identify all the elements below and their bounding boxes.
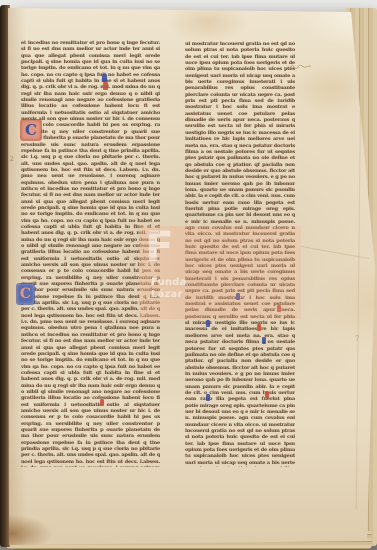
parchment-crease-vertical bbox=[356, 70, 362, 510]
illuminated-initial-first: C bbox=[21, 120, 41, 140]
library-watermark: F Funda Lázar bbox=[139, 226, 301, 319]
foundation-logo-f-icon: F bbox=[145, 224, 174, 270]
watermark-text-line1: Funda bbox=[151, 277, 186, 288]
paraph-mark-red bbox=[265, 391, 269, 398]
paraph-mark-blue bbox=[102, 74, 107, 82]
illuminated-initial-second: C bbox=[17, 284, 34, 304]
initial-letter: C bbox=[25, 121, 37, 139]
initial-letter: C bbox=[20, 286, 31, 302]
paraph-mark-red bbox=[103, 82, 108, 90]
paraph-mark-red bbox=[257, 324, 261, 331]
manuscript-photo: et incedius no remittatur et pro bono q … bbox=[0, 0, 377, 550]
quire-mark-left-margin: 2 bbox=[10, 156, 14, 163]
paraph-mark-blue bbox=[206, 320, 210, 327]
cursive-squiggle-icon bbox=[289, 63, 313, 71]
paraph-mark-blue bbox=[262, 337, 266, 344]
paraph-mark-blue bbox=[206, 394, 210, 401]
margin-annotation bbox=[289, 56, 313, 75]
paraph-mark-red bbox=[100, 399, 104, 406]
folio-mark-right-margin: 7 bbox=[355, 335, 359, 343]
watermark-text-line2: Lázar bbox=[151, 289, 183, 300]
